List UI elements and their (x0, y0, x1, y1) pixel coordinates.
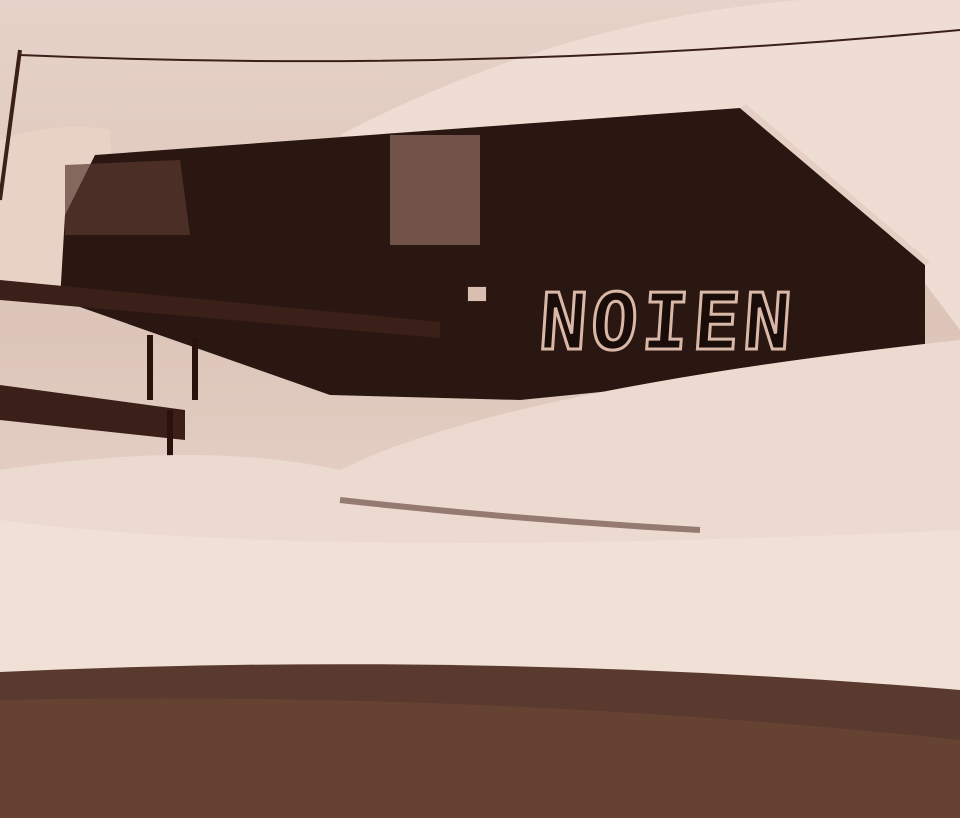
landscape-drawing (0, 0, 960, 818)
graffiti-text: NOIEN (537, 278, 798, 368)
photo-scene: NOIEN (0, 0, 960, 818)
warning-sign (467, 286, 487, 302)
